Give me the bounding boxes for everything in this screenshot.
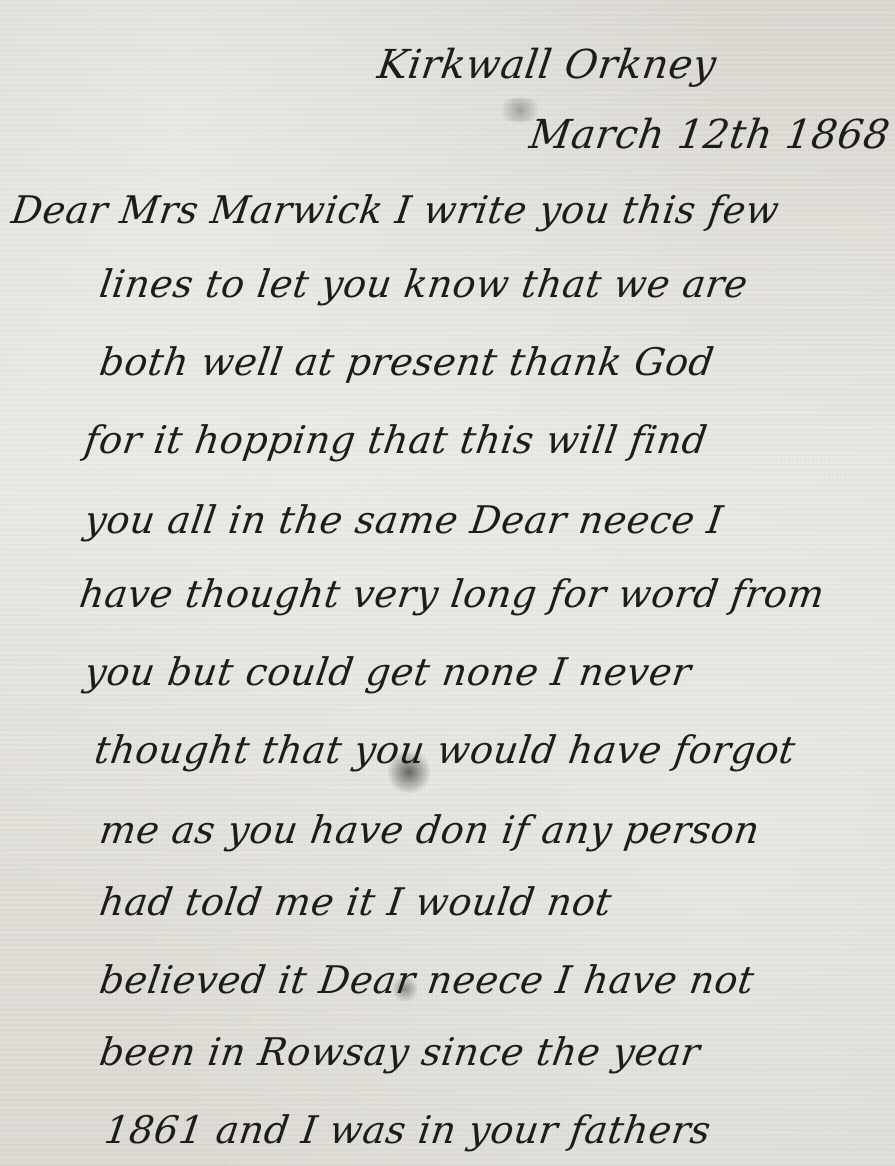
letter-line: lines to let you know that we are: [97, 262, 751, 306]
letter-line: me as you have don if any person: [97, 808, 763, 852]
letter-place: Kirkwall Orkney: [375, 42, 720, 88]
letter-line: been in Rowsay since the year: [97, 1030, 703, 1074]
letter-line: had told me it I would not: [97, 880, 615, 924]
letter-line: you but could get none I never: [82, 650, 694, 694]
letter-line: you all in the same Dear neece I: [82, 498, 726, 542]
letter-line: Dear Mrs Marwick I write you this few: [9, 188, 782, 232]
letter-line: 1861 and I was in your fathers: [102, 1108, 714, 1152]
letter-line: thought that you would have forgot: [92, 728, 798, 772]
letter-line: have thought very long for word from: [77, 572, 827, 616]
letter-date: March 12th 1868: [527, 112, 893, 158]
letter-line: believed it Dear neece I have not: [97, 958, 757, 1002]
letter-line: for it hopping that this will find: [82, 418, 710, 462]
letter-line: both well at present thank God: [97, 340, 717, 384]
